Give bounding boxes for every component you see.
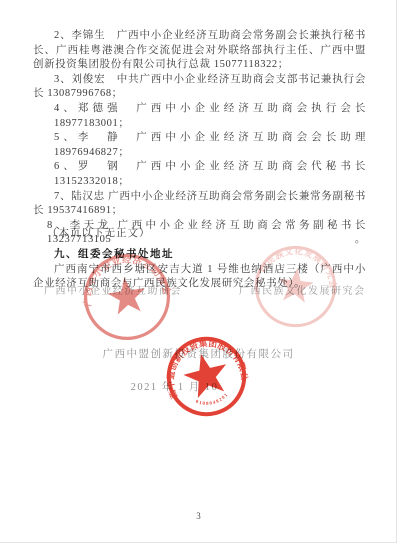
body-line: 3、刘俊宏 中共广西中小企业经济互助商会支部书记兼执行会 (33, 73, 366, 88)
body-line: 长 13087996768； (33, 87, 366, 102)
star-icon (106, 275, 148, 316)
body-line: 2、李锦生 广西中小企业经济互助商会常务副会长兼执行秘书 (33, 29, 366, 44)
body-line: 7、陆汉忠 广西中小企业经济互助商会常务副会长兼常务副秘书 (33, 190, 366, 205)
no-more-text-note: （本页以下无正文） (47, 225, 151, 240)
right-org-seal-stamp-icon: 广西民族文化发展研究会 (249, 240, 342, 333)
body-line: 4、郑德强 广西中小企业经济互助商会执行会长 18977183001； (33, 102, 366, 131)
star-icon (276, 266, 315, 303)
body-line: 长、广西桂粤港澳合作交流促进会对外联络部执行主任、广西中盟 (33, 44, 366, 59)
page-number: 3 (0, 511, 397, 521)
left-org-seal-stamp-icon: 广西中小企业经济互助商会 (76, 246, 178, 348)
document-page: 2、李锦生 广西中小企业经济互助商会常务副会长兼执行秘书 长、广西桂粤港澳合作交… (0, 0, 397, 543)
body-line: 创新投资集团股份有限公司执行总裁 15077118322； (33, 58, 366, 73)
company-seal-stamp-icon: 广西中盟创新投资集团股份有限公司 0108048201 (157, 327, 255, 425)
body-line: 5、李 静 广西中小企业经济互助商会会长助理 18976946827； (33, 131, 366, 160)
star-icon (180, 349, 233, 400)
body-line: 长 19537416891； (33, 204, 366, 219)
body-line: 6、罗 钢 广西中小企业经济互助商会代秘书长 13152332018； (33, 160, 366, 189)
